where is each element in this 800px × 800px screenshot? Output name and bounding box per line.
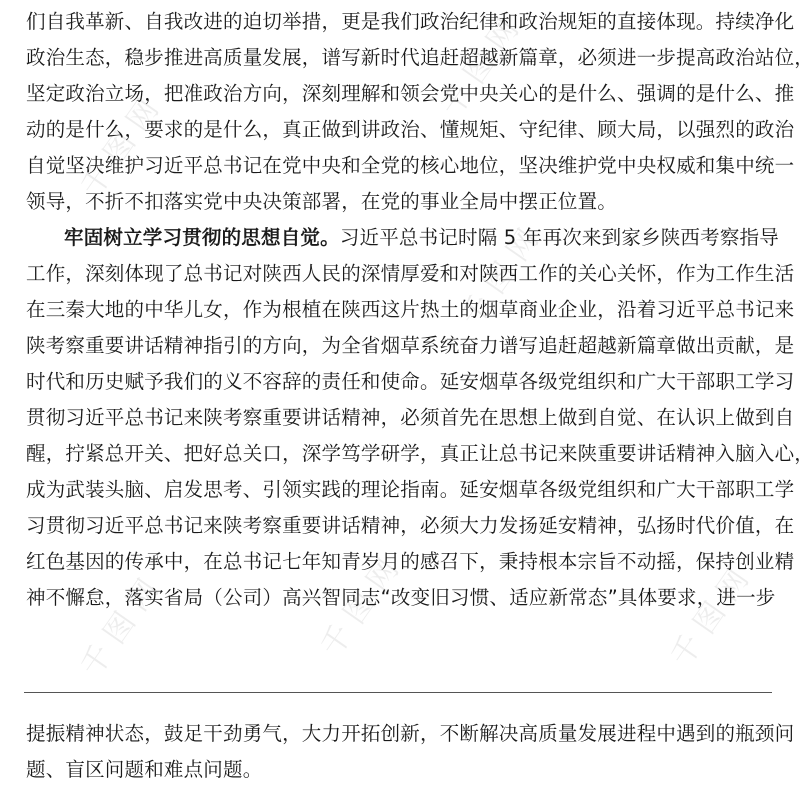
text-line: 时代和历史赋予我们的义不容辞的责任和使命。延安烟草各级党组织和广大干部职工学习 (26, 364, 774, 400)
text-line: 工作，深刻体现了总书记对陕西人民的深情厚爱和对陕西工作的关心关怀，作为工作生活 (26, 256, 774, 292)
text-line: 题、盲区问题和难点问题。 (26, 752, 774, 788)
text-line: 贯彻习近平总书记来陕考察重要讲话精神，必须首先在思想上做到自觉、在认识上做到自 (26, 400, 774, 436)
text-line: 们自我革新、自我改进的迫切举措，更是我们政治纪律和政治规矩的直接体现。持续净化 (26, 4, 774, 40)
text-line: 在三秦大地的中华儿女，作为根植在陕西这片热土的烟草商业企业，沿着习近平总书记来 (26, 292, 774, 328)
document-page-top: 们自我革新、自我改进的迫切举措，更是我们政治纪律和政治规矩的直接体现。持续净化 … (0, 0, 800, 660)
page-break-divider (24, 692, 772, 693)
document-page-bottom: 提振精神状态，鼓足干劲勇气，大力开拓创新，不断解决高质量发展进程中遇到的瓶颈问 … (0, 716, 800, 800)
text-span: 习近平总书记时隔 5 年再次来到家乡陕西考察指导 (340, 226, 779, 249)
text-line: 习贯彻习近平总书记来陕考察重要讲话精神，必须大力发扬延安精神，弘扬时代价值，在 (26, 508, 774, 544)
text-line: 神不懈怠，落实省局（公司）高兴智同志“改变旧习惯、适应新常态”具体要求，进一步 (26, 580, 774, 616)
text-line: 政治生态，稳步推进高质量发展，谱写新时代追赶超越新篇章，必须进一步提高政治站位， (26, 40, 774, 76)
text-line: 醒，拧紧总开关、把好总关口，深学笃学研学，真正让总书记来陕重要讲话精神入脑入心， (26, 436, 774, 472)
text-line: 红色基因的传承中，在总书记七年知青岁月的感召下，秉持根本宗旨不动摇，保持创业精 (26, 544, 774, 580)
paragraph-heading-line: 牢固树立学习贯彻的思想自觉。习近平总书记时隔 5 年再次来到家乡陕西考察指导 (64, 220, 774, 256)
paragraph-heading: 牢固树立学习贯彻的思想自觉。 (64, 226, 340, 249)
text-line: 成为武装头脑、启发思考、引领实践的理论指南。延安烟草各级党组织和广大干部职工学 (26, 472, 774, 508)
text-line: 提振精神状态，鼓足干劲勇气，大力开拓创新，不断解决高质量发展进程中遇到的瓶颈问 (26, 716, 774, 752)
text-line: 领导，不折不扣落实党中央决策部署，在党的事业全局中摆正位置。 (26, 184, 774, 220)
text-line: 自觉坚决维护习近平总书记在党中央和全党的核心地位，坚决维护党中央权威和集中统一 (26, 148, 774, 184)
text-line: 坚定政治立场，把准政治方向，深刻理解和领会党中央关心的是什么、强调的是什么、推 (26, 76, 774, 112)
text-line: 陕考察重要讲话精神指引的方向，为全省烟草系统奋力谱写追赶超越新篇章做出贡献，是 (26, 328, 774, 364)
text-line: 动的是什么，要求的是什么，真正做到讲政治、懂规矩、守纪律、顾大局，以强烈的政治 (26, 112, 774, 148)
